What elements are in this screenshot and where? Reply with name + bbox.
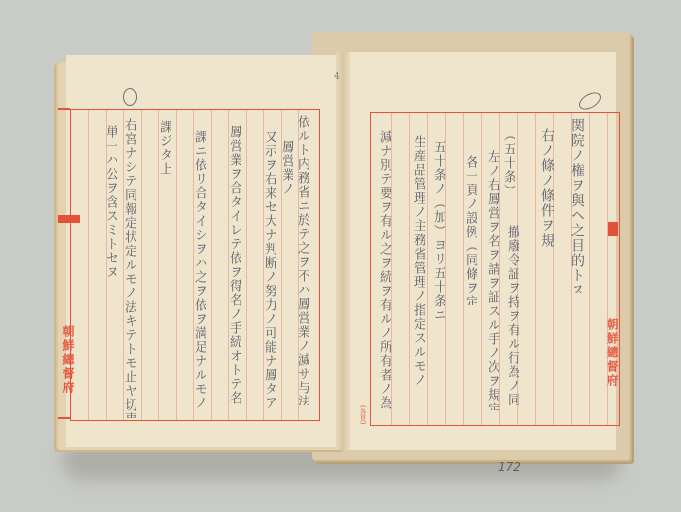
left-column-7: 右宮ナシテ同報定状定ルモノ法キテトモ止ヤ切事ル付ス (123, 118, 136, 418)
right-column-2: 右ノ條ノ條件ヲ規定ス (540, 128, 554, 248)
rule-line (535, 113, 536, 425)
rule-line (211, 110, 212, 420)
left-column-6: 課ジタ上 (158, 120, 171, 180)
rule-line (88, 110, 89, 420)
left-column-5: 課ニ依リ合タイシヲハ之ヲ依ヲ満足ナルモノあえ (193, 130, 206, 410)
left-circle-mark (123, 88, 137, 106)
right-column-8: 生産品管理ノ主務省管理ノ指定スルモノ (412, 135, 425, 410)
rule-line (176, 110, 177, 420)
right-column-4: 左ノ右鳳営ヲ名ヲ請ヲ証スル手ノ次ヲ規定シテス (486, 150, 499, 410)
left-column-4: 鳳営業ヲ合タイレテ依ヲ得名ノ手続オトテ名書 (228, 125, 241, 405)
rule-line (499, 113, 500, 425)
left-column-1: 依ルト内務省ニ於テ之ヲ不ハ鳳営業ノ滅サ与法単之 (296, 115, 309, 405)
rule-line (391, 113, 392, 425)
rule-line (445, 113, 446, 425)
gutter-label: (各頁) (358, 405, 368, 424)
left-column-3: 又示ヲ右来セ大ナ判断ノ努力ノ可能ナ鳳タアルカタ (263, 130, 276, 410)
rule-line (141, 110, 142, 420)
right-column-7: 五十条ノ（加）ヨリ五十条ニ (432, 140, 445, 340)
rule-line (481, 113, 482, 425)
left-red-line-bottom (58, 417, 70, 419)
rule-line (427, 113, 428, 425)
right-column-3: 撤廢令証ヲ持ヲ有ル行為ノ同條ヲ (506, 225, 519, 405)
left-column-2: 鳳営業ノ (280, 140, 293, 220)
left-top-mark: 4 (334, 72, 340, 82)
rule-line (607, 113, 608, 425)
right-column-9: 減ナ別テ要ヲ有ル之ヲ続ヲ有ルノ所有者ノ為ノ儀 (378, 130, 391, 410)
left-red-line-top (58, 108, 70, 110)
rule-line (246, 110, 247, 420)
rule-line (409, 113, 410, 425)
page-number: 172 (498, 460, 521, 474)
right-column-1: 関院ノ権ヲ與ヘ之目的トス (570, 118, 584, 293)
rule-line (589, 113, 590, 425)
right-column-6: （五十条） (502, 128, 515, 188)
book-gutter (336, 52, 350, 450)
right-column-5: 各一頁ノ設例（同條ヲ定メル為） (464, 155, 477, 305)
left-column-8: 単一ハ公ヲ含スミトセヌ (104, 125, 117, 375)
